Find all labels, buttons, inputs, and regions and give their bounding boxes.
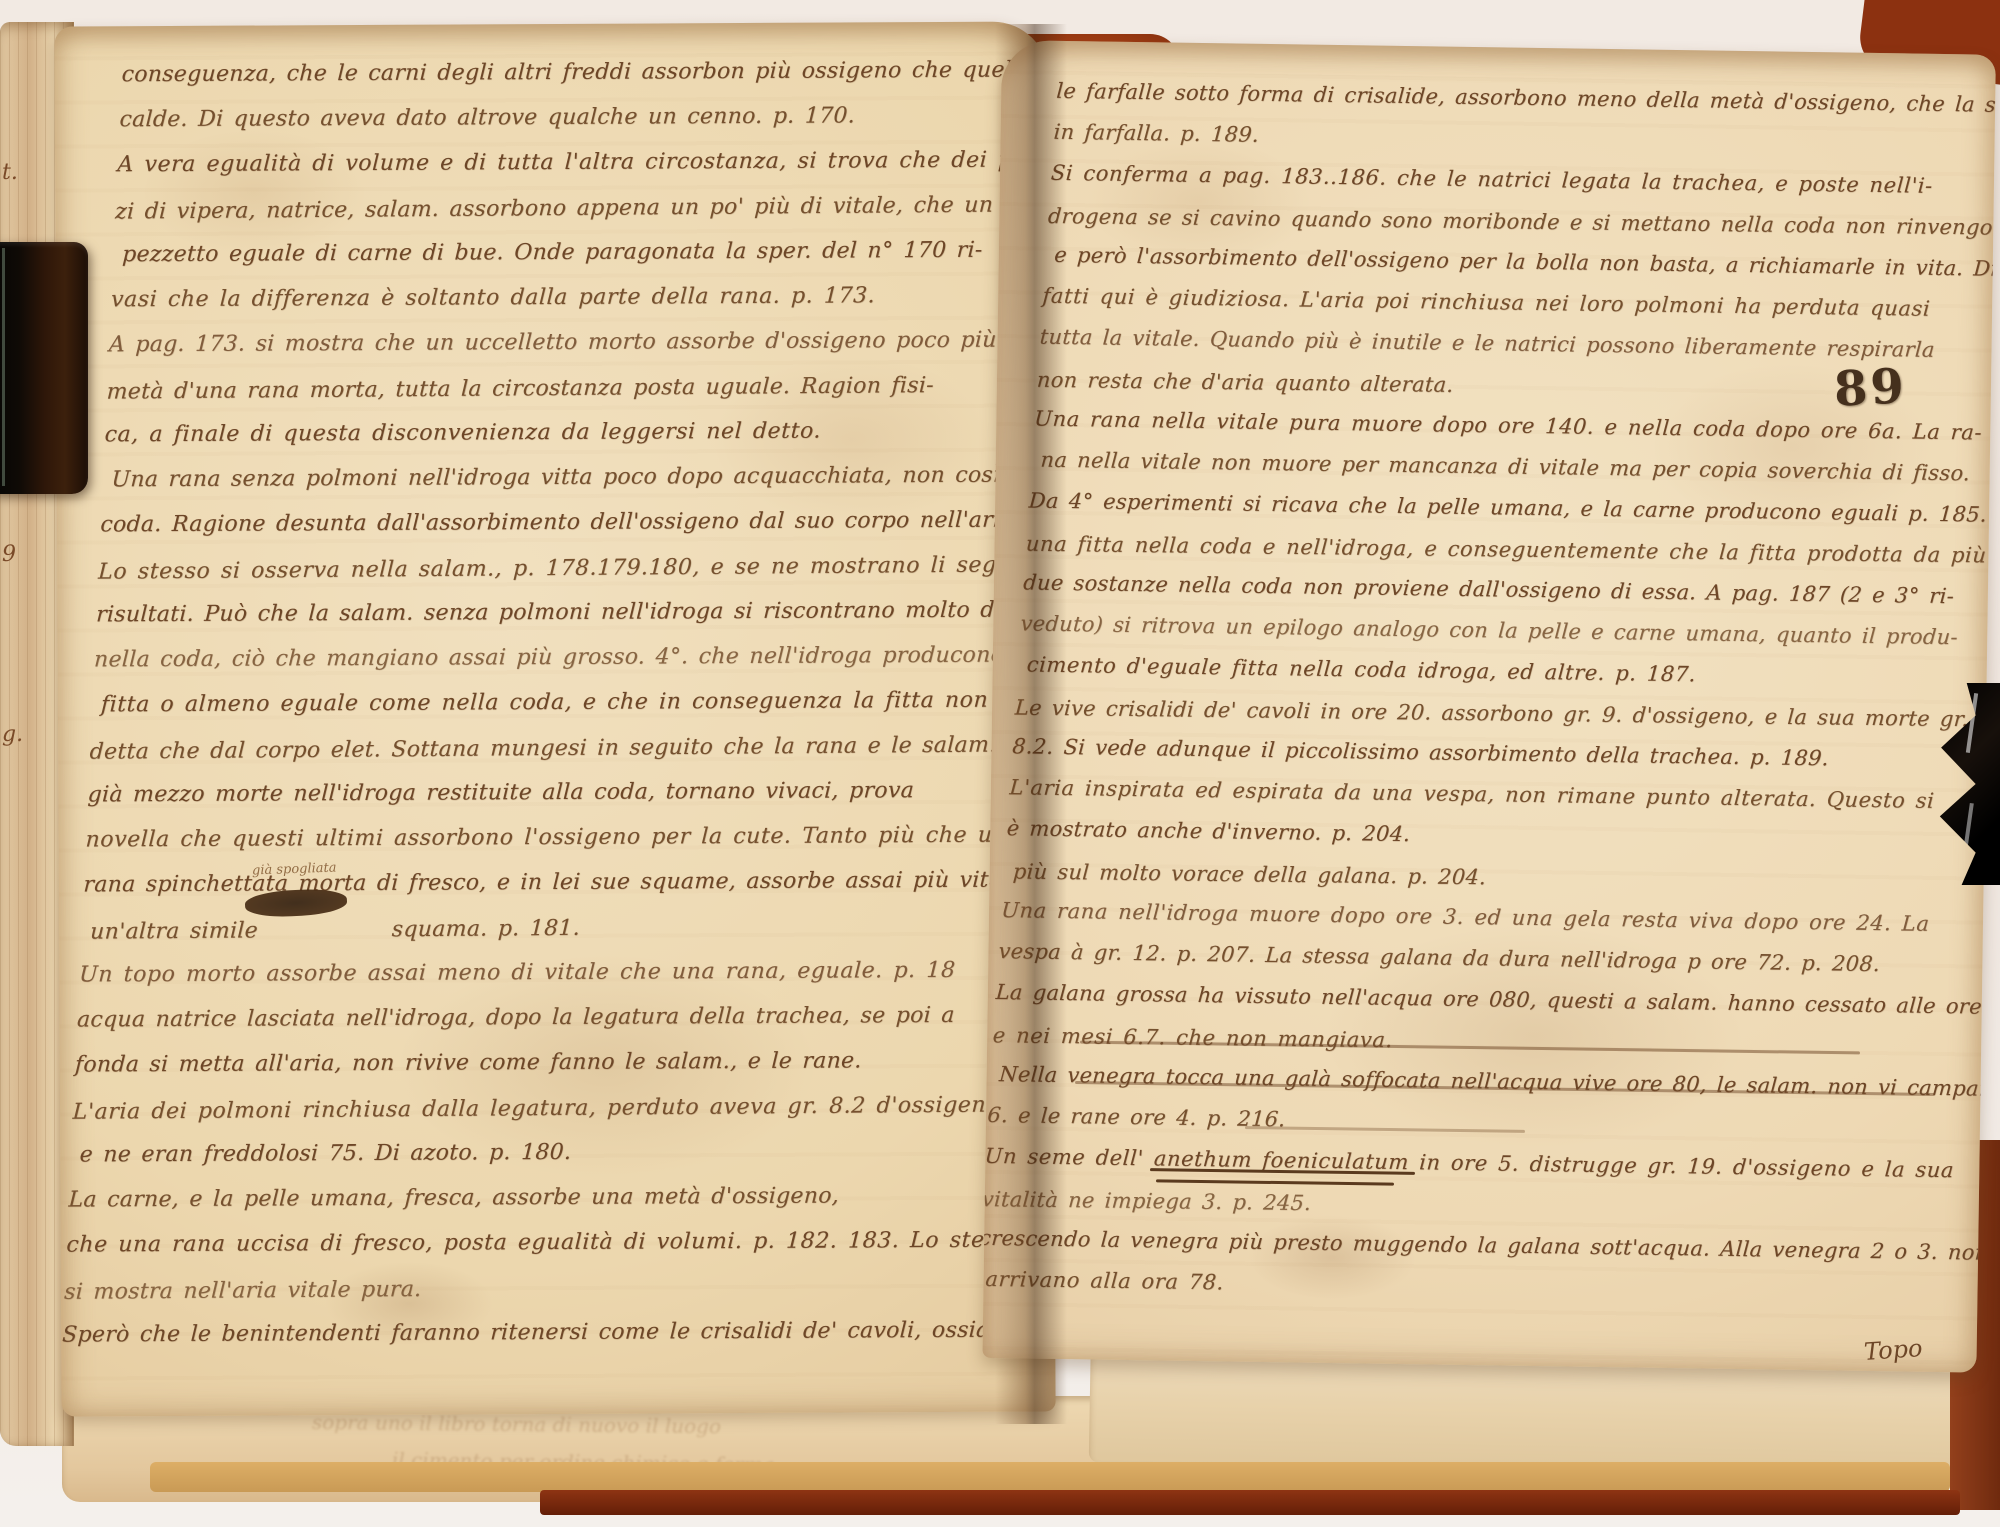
manuscript-line: pezzetto eguale di carne di bue. Onde pa… [121,227,1056,277]
manuscript-line: vasi che la differenza è soltanto dalla … [110,272,1056,322]
manuscript-line: zi di vipera, natrice, salam. assorbono … [114,182,1055,234]
manuscript-line: già mezzo morte nell'idroga restituite a… [87,767,1041,817]
left-page-text: conseguenza, che le carni degli altri fr… [61,47,1055,1357]
manuscript-line: coda. Ragione desunta dall'assorbimento … [99,497,1053,547]
manuscript-line: acqua natrice lasciata nell'idroga, dopo… [76,993,1030,1043]
manuscript-line: novella che questi ultimi assorbono l'os… [84,812,1038,862]
manuscript-line: La carne, e la pelle umana, fresca, asso… [68,1173,1022,1223]
edge-ink-fragment: t. [2,160,18,185]
manuscript-line: calde. Di questo aveva dato altrove qual… [118,92,1055,142]
manuscript-line: risultati. Può che la salam. senza polmo… [95,587,1049,637]
manuscript-line: fitta o almeno eguale come nella coda, e… [100,677,1045,727]
manuscript-line: rana spinchettata morta di fresco, e in … [82,857,1036,907]
manuscript-line: L'aria dei polmoni rinchiusa dalla legat… [72,1082,1026,1134]
edge-ink-fragment: g. [2,722,23,747]
interlinear-insertion: già spogliata [252,861,337,879]
clip-highlight [2,248,5,486]
page-block-edge [150,1462,1950,1492]
manuscript-line: Sperò che le benintendenti faranno riten… [61,1308,1015,1358]
manuscript-line: ca, a finale di questa disconvenienza da… [104,407,1056,457]
manuscript-line: si mostra nell'aria vitale pura. [63,1262,1017,1314]
manuscript-line: e ne eran freddolosi 75. Di azoto. p. 18… [79,1128,1024,1178]
manuscript-line: Una rana senza polmoni nell'idroga vitta… [110,452,1055,502]
manuscript-line: detta che dal corpo elet. Sottana munges… [89,722,1043,774]
manuscript-line: A vera egualità di volume e di tutta l'a… [116,137,1055,187]
manuscript-line: fonda si metta all'aria, non rivive come… [74,1038,1028,1088]
manuscript-line: A pag. 173. si mostra che un uccelletto … [108,317,1056,367]
right-page-text: le farfalle sotto forma di crisalide, as… [982,71,1995,1314]
catchword: Topo [1863,1334,1923,1366]
edge-ink-fragment: 9 [2,542,16,567]
manuscript-line: metà d'una rana morta, tutta la circosta… [106,362,1056,414]
binder-clip-left [0,242,88,494]
book-cover-edge-bottom [540,1490,1960,1515]
manuscript-photo: t. le: po 9 g. sopra uno il libro torna … [0,0,2000,1527]
manuscript-line: che una rana uccisa di fresco, posta egu… [65,1218,1019,1268]
manuscript-line: Un topo morto assorbe assai meno di vita… [78,948,1032,998]
manuscript-line: conseguenza, che le carni degli altri fr… [121,47,1056,97]
manuscript-line: Lo stesso si osserva nella salam., p. 17… [97,542,1051,594]
right-page: le farfalle sotto forma di crisalide, as… [982,40,1995,1373]
left-page: conseguenza, che le carni degli altri fr… [54,21,1055,1416]
manuscript-line: nella coda, ciò che mangiano assai più g… [93,632,1047,682]
page-number: 89 [1833,358,1909,418]
manuscript-line: un'altra simile squama. p. 181. [89,902,1034,954]
